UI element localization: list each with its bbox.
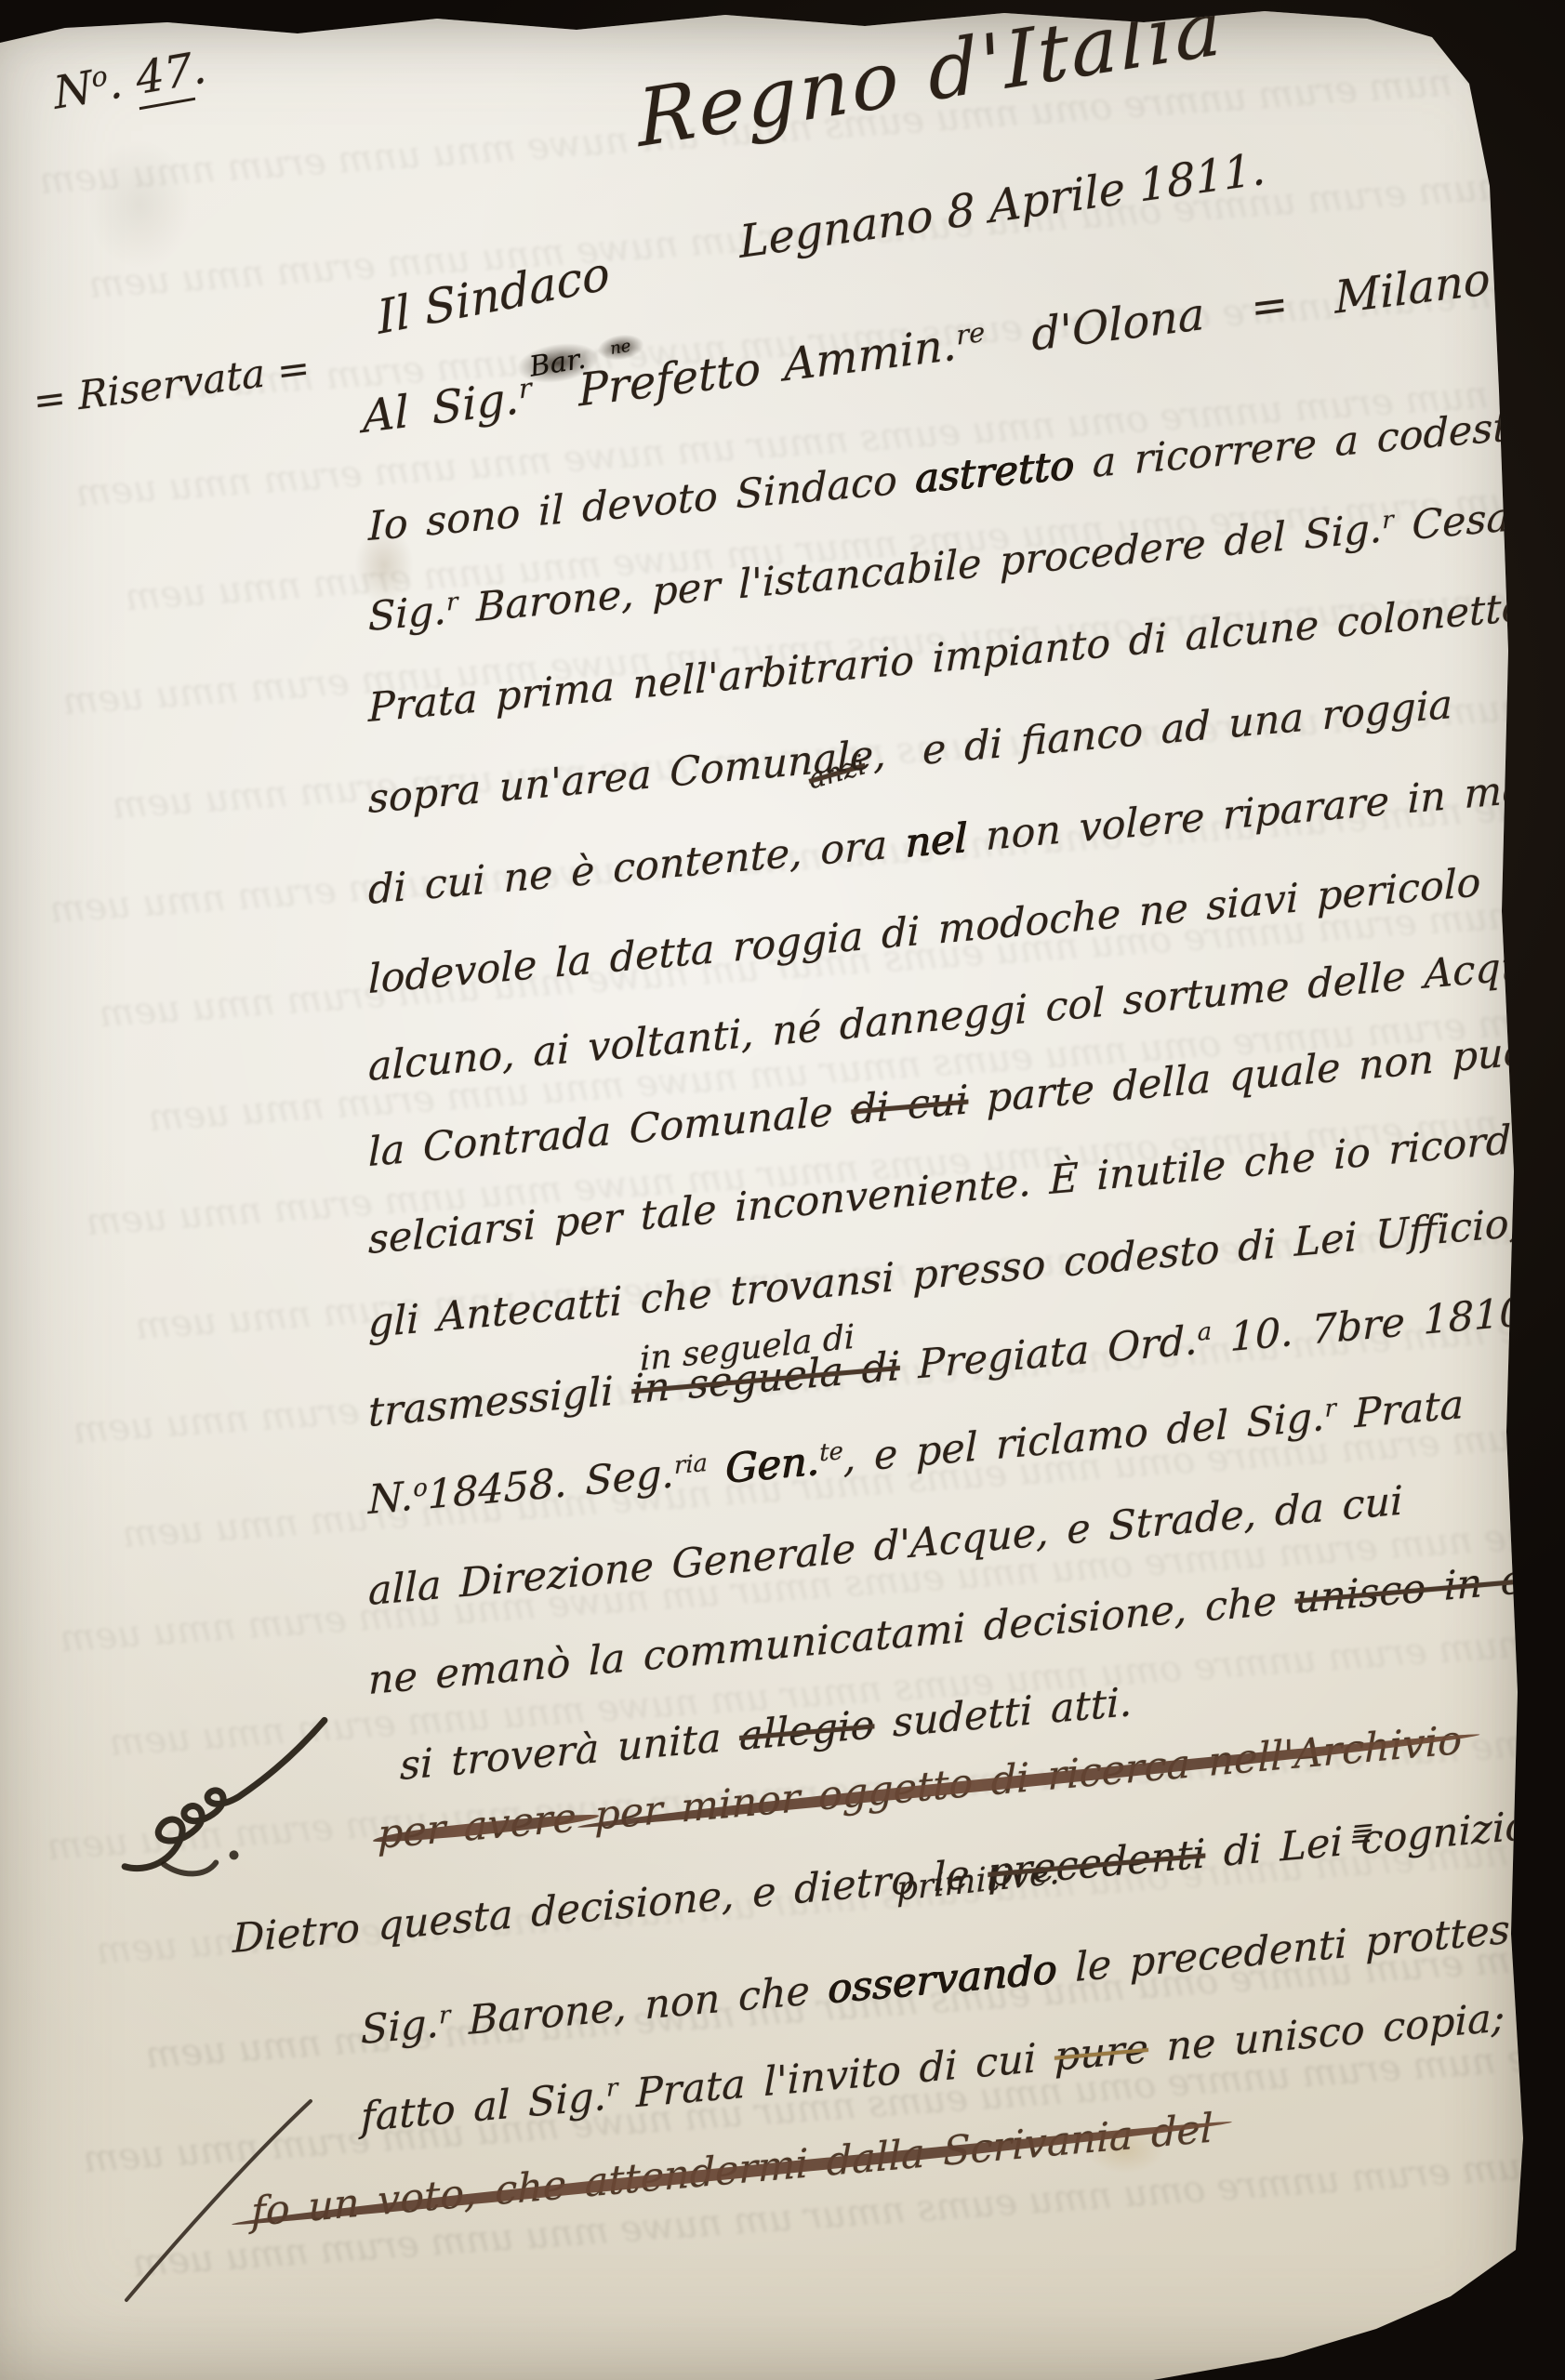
- text-line-title: Regno d'Italia: [636, 0, 1227, 160]
- margin-paraph: [100, 1698, 352, 1916]
- ghost-line: nm uum enru mnuw unme num erum unmre omu…: [137, 234, 1565, 411]
- ink-stain: [65, 112, 214, 297]
- manuscript-page: nm uum enru mnuw unme num erum unmre omu…: [0, 0, 1565, 2380]
- text-line-riservata: = Riservata =: [33, 347, 311, 422]
- pen-stroke: [119, 2094, 324, 2307]
- text-line-dateline: Legnano 8 Aprile 1811.: [738, 145, 1267, 266]
- text-line-doc-number: No. 47.: [51, 44, 208, 117]
- text-line-sindaco: Il Sindaco: [376, 248, 612, 342]
- photo-background: nm uum enru mnuw unme num erum unmre omu…: [0, 0, 1565, 2380]
